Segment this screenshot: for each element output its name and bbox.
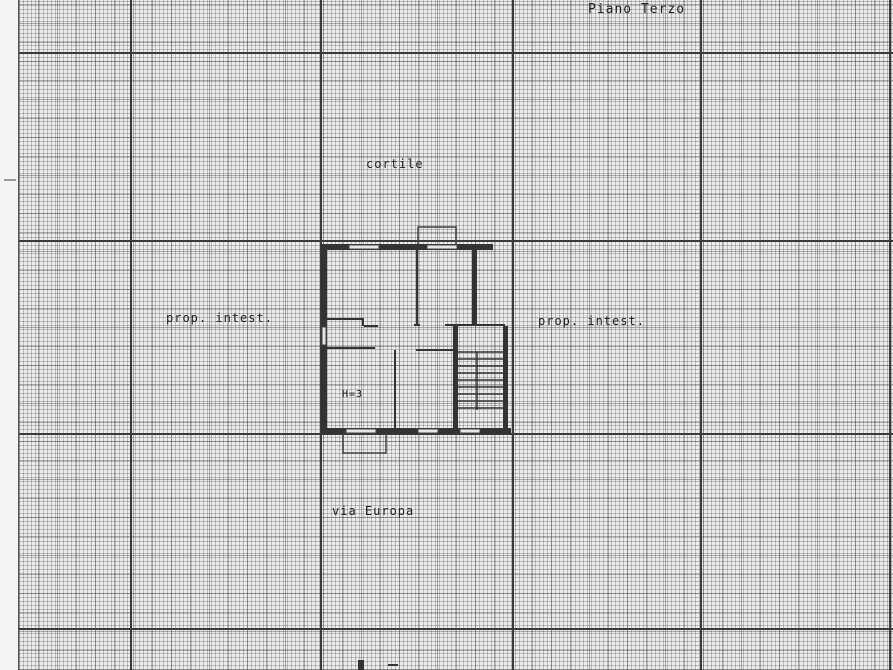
label-courtyard: cortile xyxy=(366,157,424,171)
wall-east-upper xyxy=(472,244,477,326)
label-east-owner: prop. intest. xyxy=(538,314,645,328)
wall-north xyxy=(321,244,493,250)
floor-title: Piano Terzo xyxy=(588,2,685,17)
label-west-owner: prop. intest. xyxy=(166,311,273,325)
label-street: via Europa xyxy=(332,504,414,518)
floor-plan xyxy=(0,0,893,670)
label-ceiling-height: H=3 xyxy=(342,389,363,400)
wall-east-stair xyxy=(503,326,508,434)
